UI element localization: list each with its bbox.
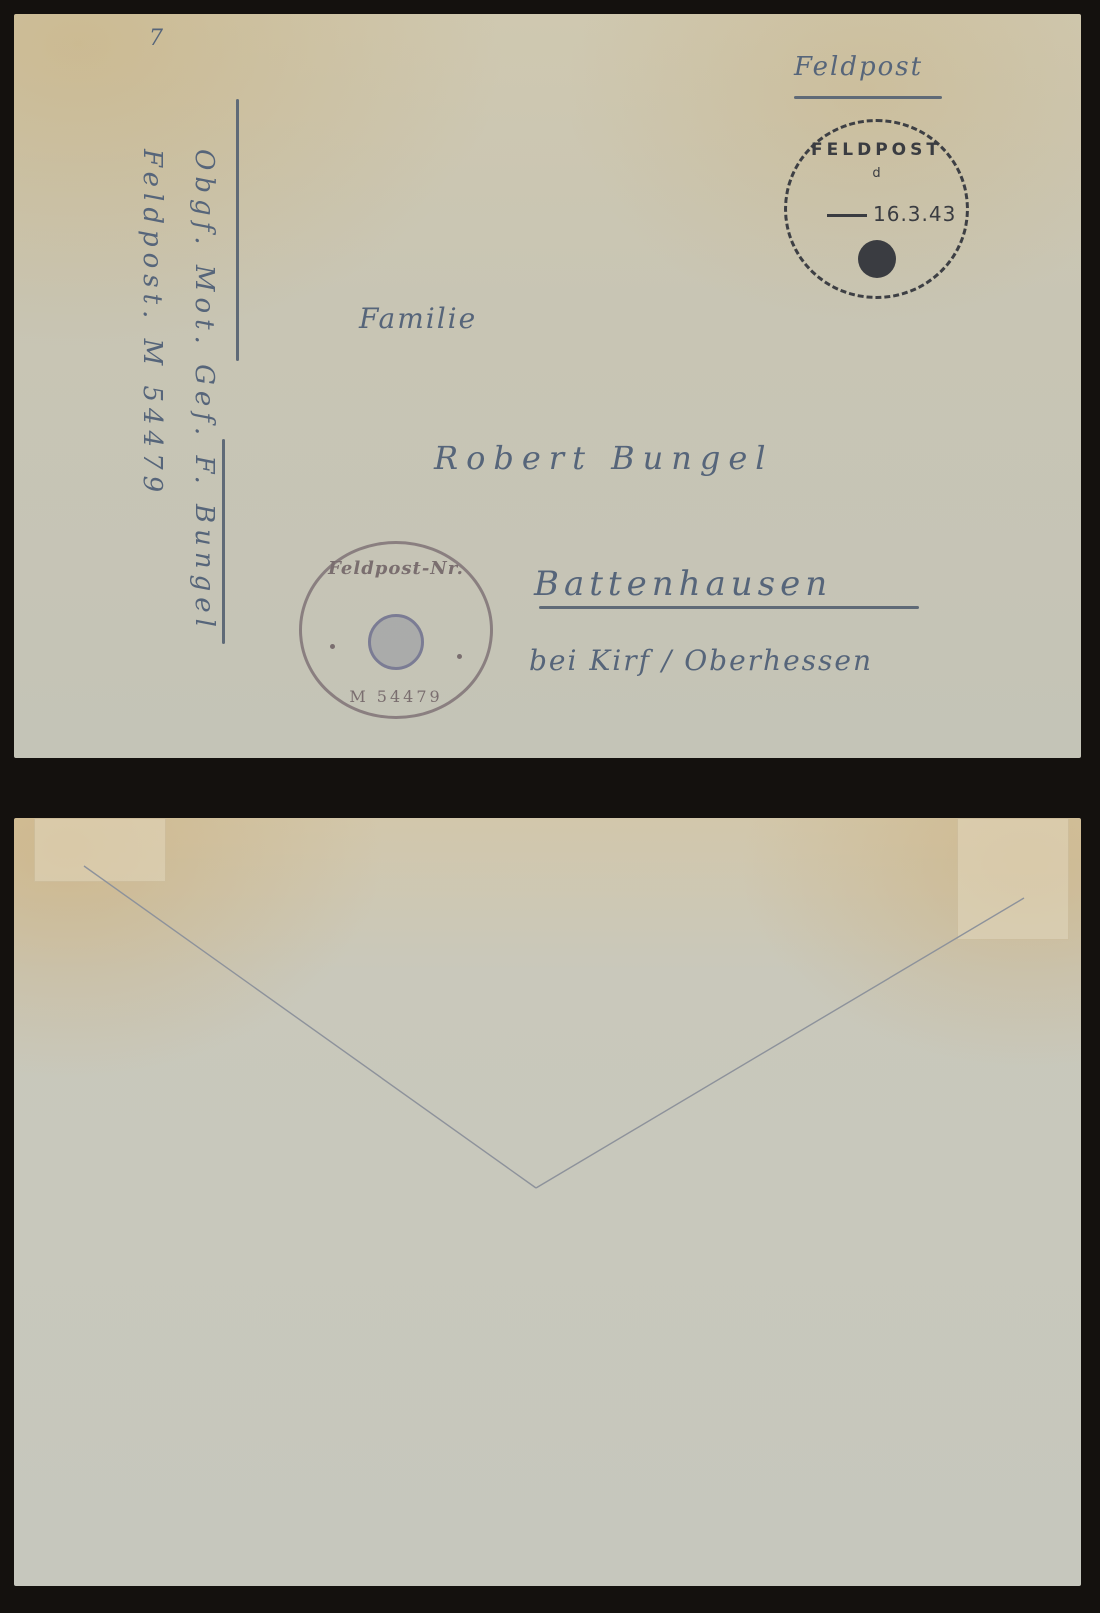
recipient-line-4: bei Kirf / Oberhessen xyxy=(529,644,873,677)
service-note-underline xyxy=(794,96,942,99)
unit-stamp-dot-right xyxy=(457,654,462,659)
recipient-city-underline xyxy=(539,606,919,609)
corner-note: 7 xyxy=(149,26,165,51)
sender-line-1: Obgf. Mot. Gef. F. Bungel xyxy=(189,149,219,633)
sender-divider-top xyxy=(236,99,239,361)
unit-stamp-dot-left xyxy=(330,644,335,649)
postmark-letter: d xyxy=(872,166,880,181)
unit-stamp: Feldpost-Nr. M 54479 xyxy=(299,541,493,719)
postmark-text: FELDPOST xyxy=(811,140,942,160)
envelope-flap xyxy=(14,818,1081,1586)
sender-address: Obgf. Mot. Gef. F. Bungel Feldpost. M 54… xyxy=(137,149,219,633)
unit-stamp-text: Feldpost-Nr. xyxy=(328,558,464,579)
unit-stamp-center-mark xyxy=(368,614,424,670)
recipient-line-3: Battenhausen xyxy=(534,564,832,604)
service-note: Feldpost xyxy=(794,52,923,82)
postmark: FELDPOST d 16.3.43 xyxy=(784,119,969,299)
sender-line-2: Feldpost. M 54479 xyxy=(137,149,167,633)
envelope-back xyxy=(14,818,1081,1586)
recipient-line-2: Robert Bungel xyxy=(434,439,774,477)
envelope-front: 7 Feldpost FELDPOST d 16.3.43 Obgf. Mot.… xyxy=(14,14,1081,758)
unit-stamp-number: M 54479 xyxy=(349,687,442,706)
postmark-date: 16.3.43 xyxy=(827,202,956,226)
recipient-line-1: Familie xyxy=(359,302,477,335)
postmark-center-mark xyxy=(858,240,896,278)
sender-divider-bottom xyxy=(222,439,225,644)
